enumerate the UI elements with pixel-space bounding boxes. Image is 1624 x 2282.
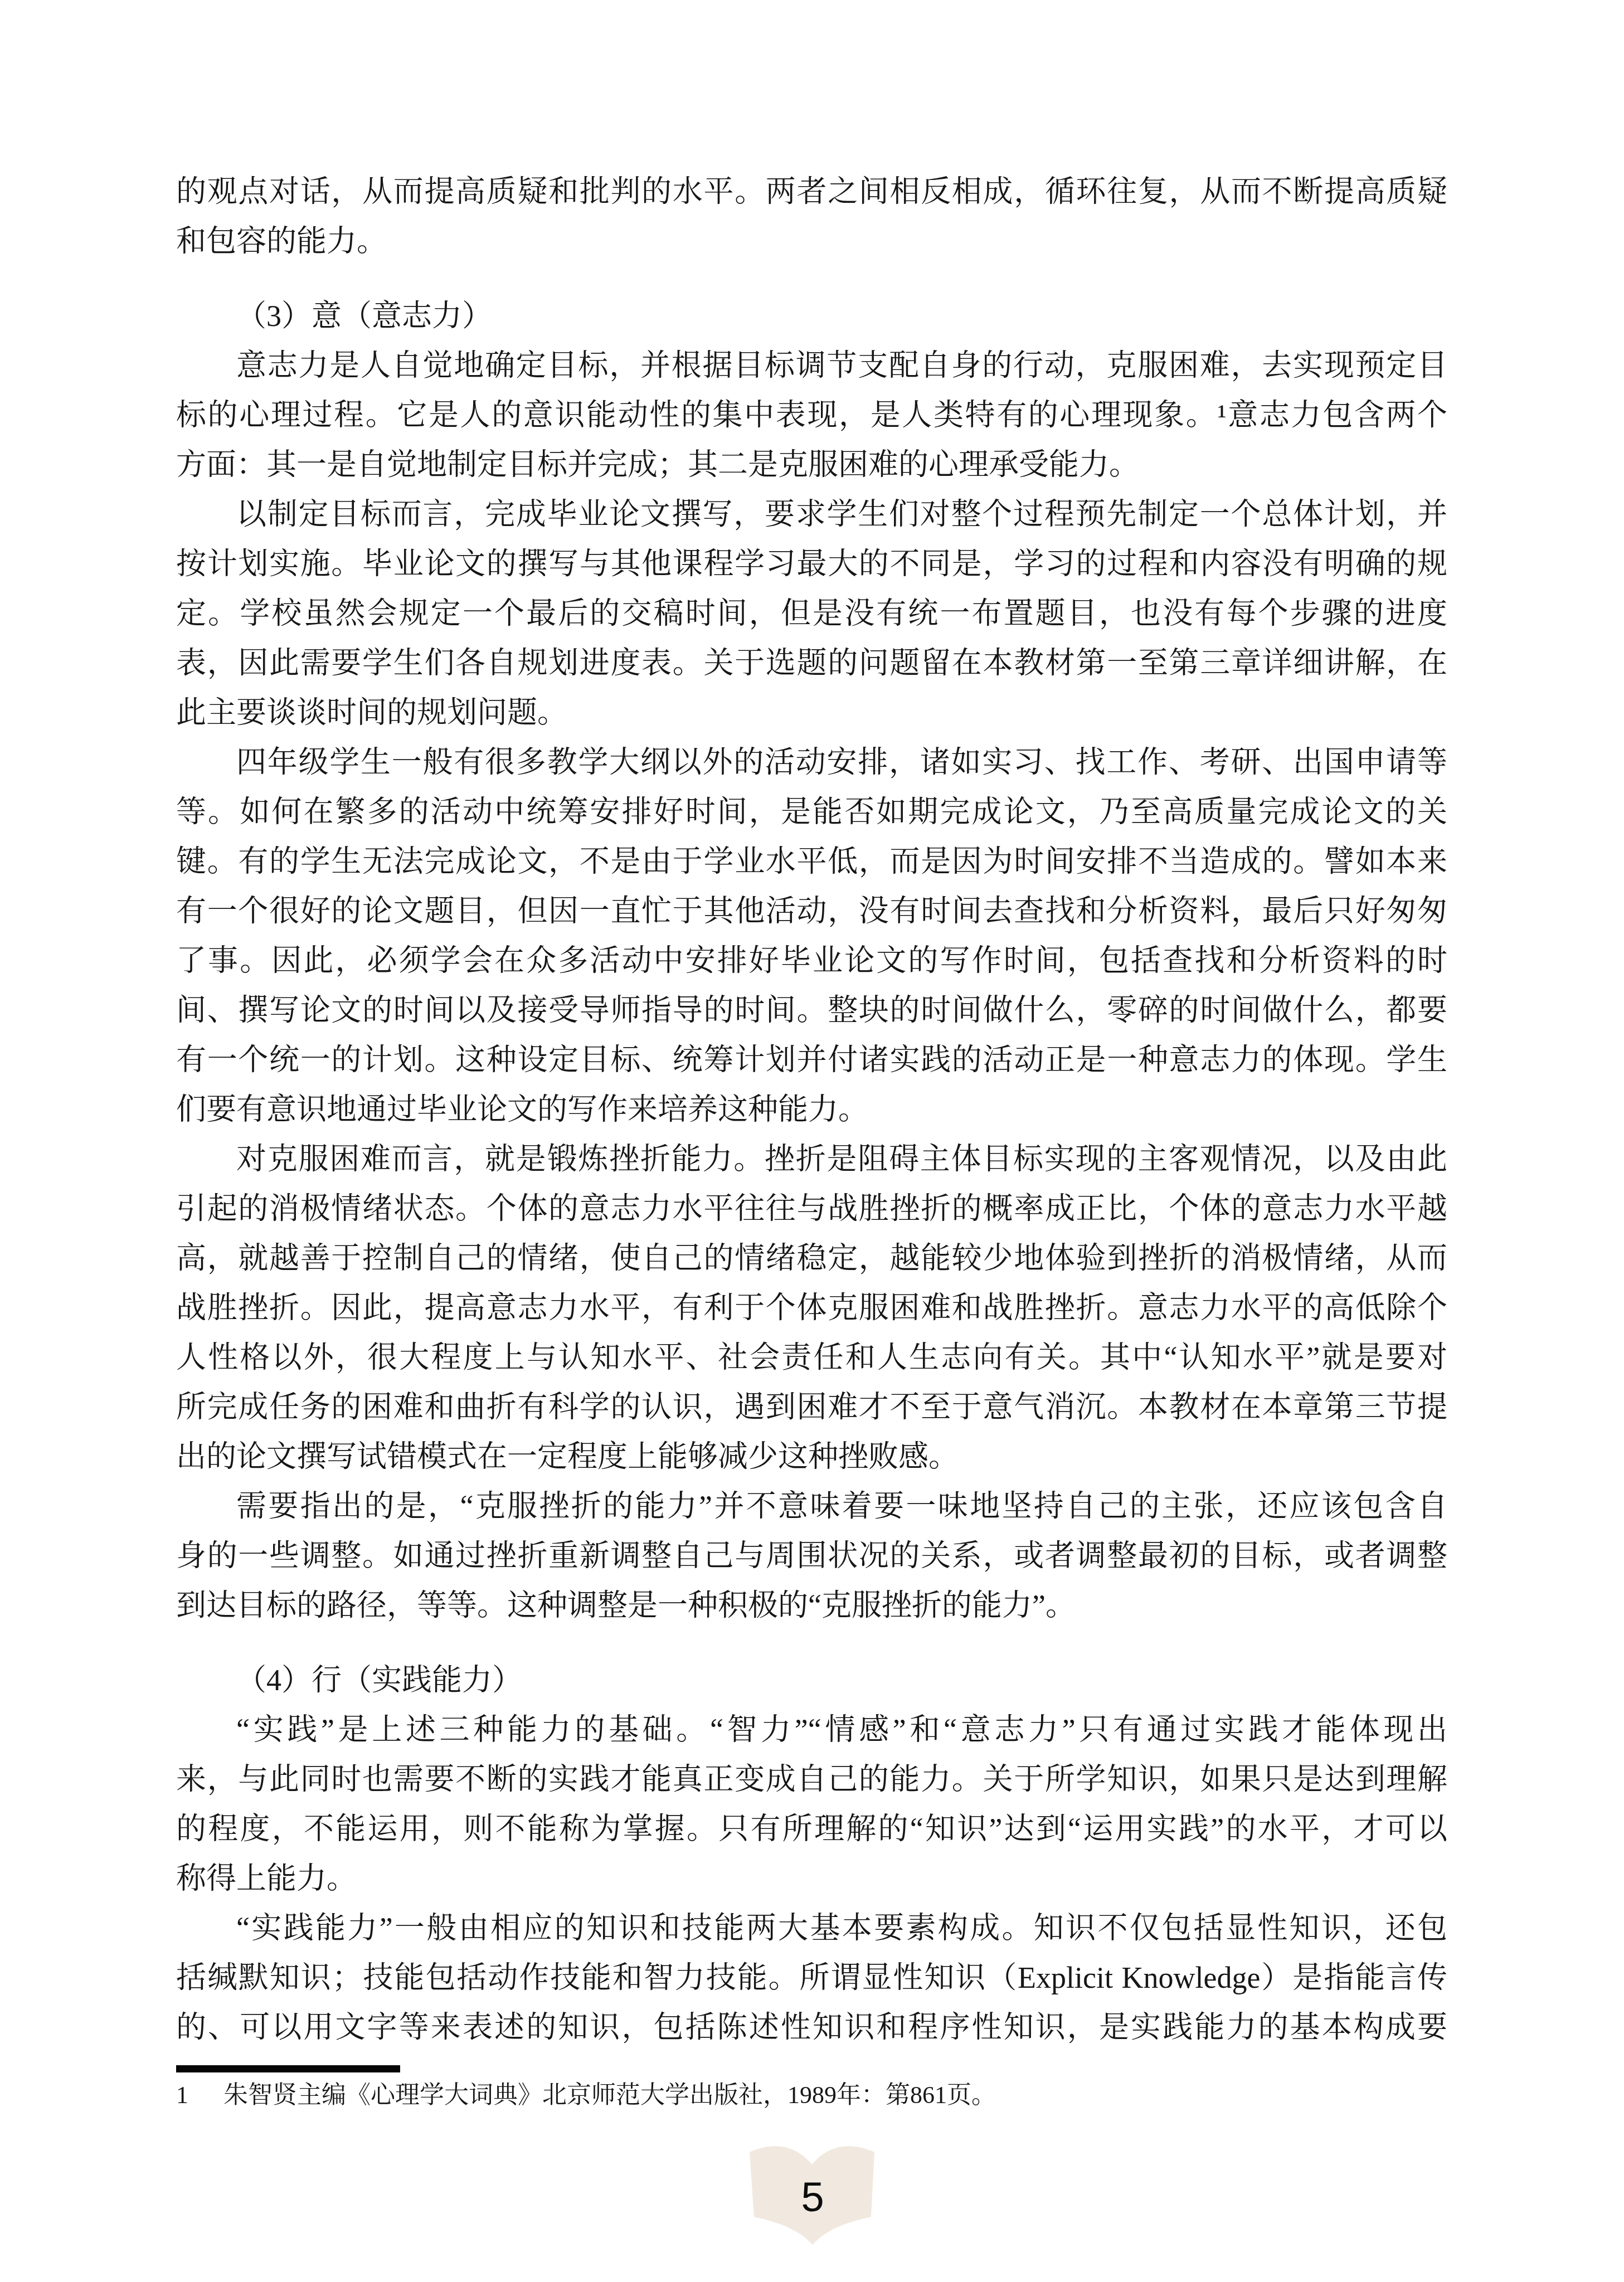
text-line: 们要有意识地通过毕业论文的写作来培养这种能力。 (176, 1085, 1447, 1135)
body-text: 的观点对话，从而提高质疑和批判的水平。两者之间相反相成，循环往复，从而不断提高质… (176, 167, 1447, 2052)
book-page: 的观点对话，从而提高质疑和批判的水平。两者之间相反相成，循环往复，从而不断提高质… (0, 0, 1624, 2282)
text-line: 键。有的学生无法完成论文，不是由于学业水平低，而是因为时间安排不当造成的。譬如本… (176, 837, 1447, 887)
text-line: 等。如何在繁多的活动中统筹安排好时间，是能否如期完成论文，乃至高质量完成论文的关 (176, 787, 1447, 837)
text-line: 有一个统一的计划。这种设定目标、统筹计划并付诸实践的活动正是一种意志力的体现。学… (176, 1035, 1447, 1085)
text-line: 人性格以外，很大程度上与认知水平、社会责任和人生志向有关。其中“认知水平”就是要… (176, 1333, 1447, 1383)
text-line: 标的心理过程。它是人的意识能动性的集中表现，是人类特有的心理现象。¹意志力包含两… (176, 391, 1447, 440)
text-line: “实践能力”一般由相应的知识和技能两大基本要素构成。知识不仅包括显性知识，还包 (176, 1904, 1447, 1953)
text-line: 此主要谈谈时间的规划问题。 (176, 688, 1447, 738)
text-line: 表，因此需要学生们各自规划进度表。关于选题的问题留在本教材第一至第三章详细讲解，… (176, 639, 1447, 688)
text-line: 四年级学生一般有很多教学大纲以外的活动安排，诸如实习、找工作、考研、出国申请等 (176, 738, 1447, 787)
text-line: 称得上能力。 (176, 1854, 1447, 1904)
text-line: “实践”是上述三种能力的基础。“智力”“情感”和“意志力”只有通过实践才能体现出 (176, 1705, 1447, 1755)
text-line: 所完成任务的困难和曲折有科学的认识，遇到困难才不至于意气消沉。本教材在本章第三节… (176, 1383, 1447, 1432)
footnote-marker: 1 (176, 2080, 223, 2110)
section-heading: （3）意（意志力） (176, 291, 1447, 341)
footnote: 1朱智贤主编《心理学大词典》北京师范大学出版社，1989年：第861页。 (176, 2080, 1447, 2110)
text-line: 需要指出的是，“克服挫折的能力”并不意味着要一味地坚持自己的主张，还应该包含自 (176, 1482, 1447, 1531)
text-line: 来，与此同时也需要不断的实践才能真正变成自己的能力。关于所学知识，如果只是达到理… (176, 1755, 1447, 1804)
footnote-text: 朱智贤主编《心理学大词典》北京师范大学出版社，1989年：第861页。 (223, 2081, 996, 2109)
text-line: 意志力是人自觉地确定目标，并根据目标调节支配自身的行动，克服困难，去实现预定目 (176, 341, 1447, 391)
text-line: 高，就越善于控制自己的情绪，使自己的情绪稳定，越能较少地体验到挫折的消极情绪，从… (176, 1234, 1447, 1283)
text-line: 间、撰写论文的时间以及接受导师指导的时间。整块的时间做什么，零碎的时间做什么，都… (176, 986, 1447, 1035)
text-line: 到达目标的路径，等等。这种调整是一种积极的“克服挫折的能力”。 (176, 1581, 1447, 1631)
text-line: 身的一些调整。如通过挫折重新调整自己与周围状况的关系，或者调整最初的目标，或者调… (176, 1531, 1447, 1581)
text-line: 括缄默知识；技能包括动作技能和智力技能。所谓显性知识（Explicit Know… (176, 1953, 1447, 2003)
page-number: 5 (741, 2177, 884, 2218)
text-line: 对克服困难而言，就是锻炼挫折能力。挫折是阻碍主体目标实现的主客观情况，以及由此 (176, 1135, 1447, 1184)
text-line: 出的论文撰写试错模式在一定程度上能够减少这种挫败感。 (176, 1432, 1447, 1482)
footnote-divider (176, 2065, 400, 2072)
text-line: 了事。因此，必须学会在众多活动中安排好毕业论文的写作时间，包括查找和分析资料的时 (176, 936, 1447, 986)
text-line: 引起的消极情绪状态。个体的意志力水平往往与战胜挫折的概率成正比，个体的意志力水平… (176, 1184, 1447, 1234)
text-line: 战胜挫折。因此，提高意志力水平，有利于个体克服困难和战胜挫折。意志力水平的高低除… (176, 1283, 1447, 1333)
text-line: 按计划实施。毕业论文的撰写与其他课程学习最大的不同是，学习的过程和内容没有明确的… (176, 539, 1447, 589)
text-line: 有一个很好的论文题目，但因一直忙于其他活动，没有时间去查找和分析资料，最后只好匆… (176, 887, 1447, 936)
text-line: 以制定目标而言，完成毕业论文撰写，要求学生们对整个过程预先制定一个总体计划，并 (176, 490, 1447, 539)
section-heading: （4）行（实践能力） (176, 1656, 1447, 1705)
text-line: 的、可以用文字等来表述的知识，包括陈述性知识和程序性知识，是实践能力的基本构成要 (176, 2003, 1447, 2052)
text-line: 的程度，不能运用，则不能称为掌握。只有所理解的“知识”达到“运用实践”的水平，才… (176, 1804, 1447, 1854)
text-line: 方面：其一是自觉地制定目标并完成；其二是克服困难的心理承受能力。 (176, 440, 1447, 490)
text-line: 定。学校虽然会规定一个最后的交稿时间，但是没有统一布置题目，也没有每个步骤的进度 (176, 589, 1447, 639)
text-line: 和包容的能力。 (176, 217, 1447, 266)
text-line: 的观点对话，从而提高质疑和批判的水平。两者之间相反相成，循环往复，从而不断提高质… (176, 167, 1447, 217)
